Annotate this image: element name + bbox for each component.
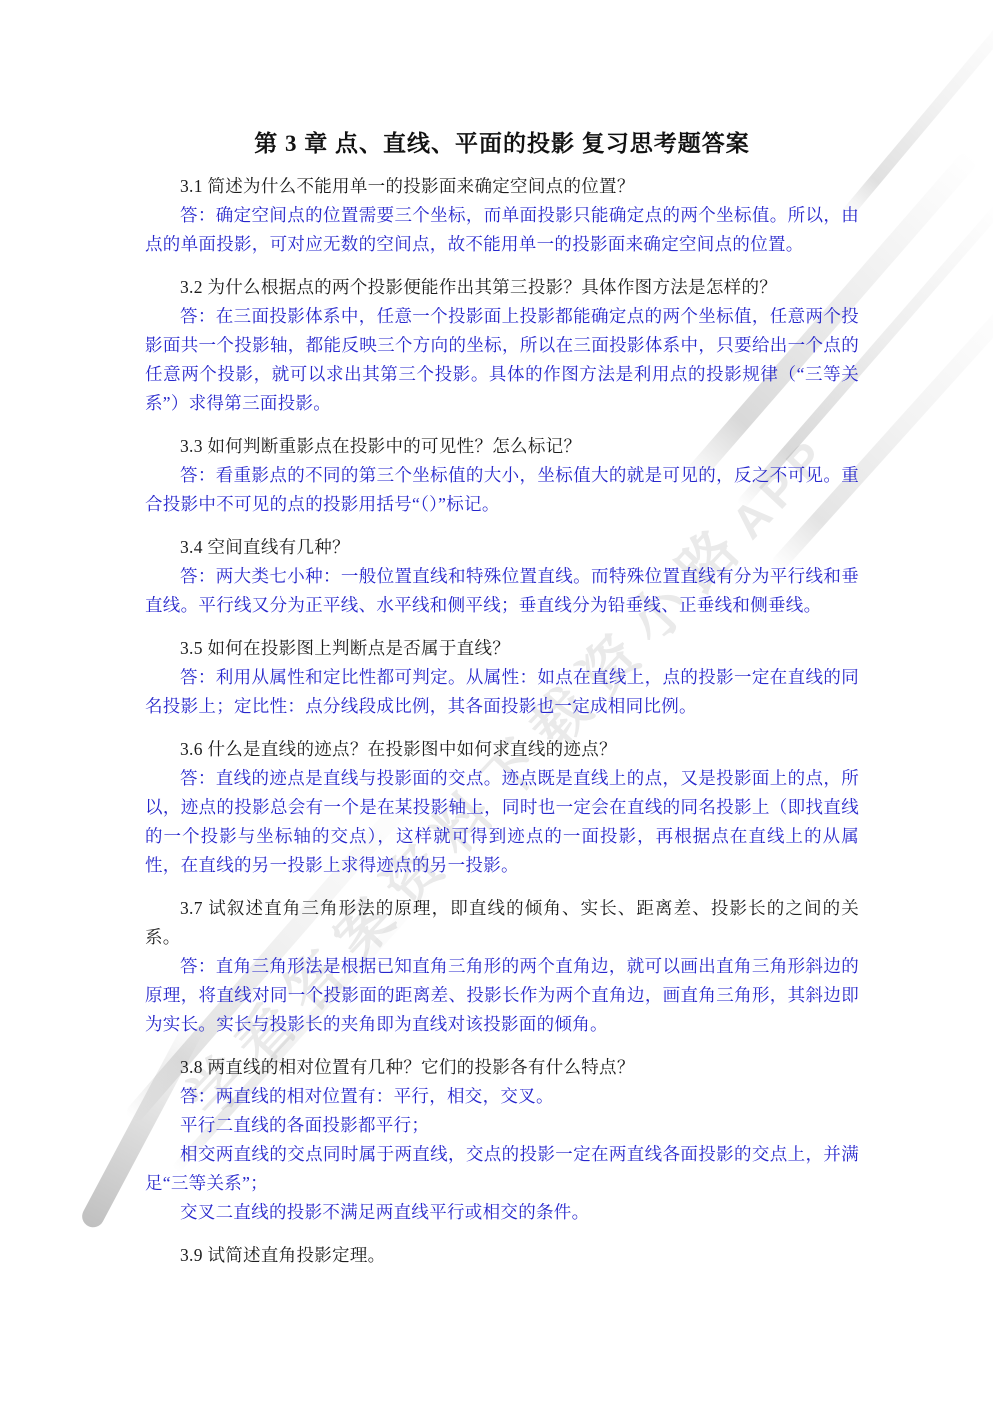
document-content: 第 3 章 点、直线、平面的投影 复习思考题答案 3.1 简述为什么不能用单一的…	[145, 128, 859, 1270]
qa-block-3.4: 3.4 空间直线有几种？答：两大类七小种：一般位置直线和特殊位置直线。而特殊位置…	[145, 533, 859, 620]
watermark-streak	[840, 13, 993, 220]
question-text-3.2: 3.2 为什么根据点的两个投影便能作出其第三投影？具体作图方法是怎样的？	[145, 273, 859, 302]
qa-block-3.2: 3.2 为什么根据点的两个投影便能作出其第三投影？具体作图方法是怎样的？答：在三…	[145, 273, 859, 418]
page-title: 第 3 章 点、直线、平面的投影 复习思考题答案	[145, 128, 859, 159]
question-text-3.4: 3.4 空间直线有几种？	[145, 533, 859, 562]
question-text-3.7: 3.7 试叙述直角三角形法的原理，即直线的倾角、实长、距离差、投影长的之间的关系…	[145, 894, 859, 952]
answer-paragraph-3.8-2: 平行二直线的各面投影都平行；	[145, 1111, 859, 1140]
answer-paragraph-3.5-1: 答：利用从属性和定比性都可判定。从属性：如点在直线上，点的投影一定在直线的同名投…	[145, 663, 859, 721]
question-text-3.1: 3.1 简述为什么不能用单一的投影面来确定空间点的位置？	[145, 172, 859, 201]
question-text-3.9: 3.9 试简述直角投影定理。	[145, 1241, 859, 1270]
qa-block-3.9: 3.9 试简述直角投影定理。	[145, 1241, 859, 1270]
qa-block-3.6: 3.6 什么是直线的迹点？在投影图中如何求直线的迹点？答：直线的迹点是直线与投影…	[145, 735, 859, 880]
document-page: 学看答案资料下载资小路APP 第 3 章 点、直线、平面的投影 复习思考题答案 …	[0, 0, 993, 1404]
qa-list: 3.1 简述为什么不能用单一的投影面来确定空间点的位置？答：确定空间点的位置需要…	[145, 172, 859, 1270]
answer-paragraph-3.8-3: 相交两直线的交点同时属于两直线，交点的投影一定在两直线各面投影的交点上，并满足“…	[145, 1140, 859, 1198]
question-text-3.5: 3.5 如何在投影图上判断点是否属于直线？	[145, 634, 859, 663]
question-text-3.6: 3.6 什么是直线的迹点？在投影图中如何求直线的迹点？	[145, 735, 859, 764]
question-text-3.8: 3.8 两直线的相对位置有几种？它们的投影各有什么特点？	[145, 1053, 859, 1082]
qa-block-3.7: 3.7 试叙述直角三角形法的原理，即直线的倾角、实长、距离差、投影长的之间的关系…	[145, 894, 859, 1039]
qa-block-3.5: 3.5 如何在投影图上判断点是否属于直线？答：利用从属性和定比性都可判定。从属性…	[145, 634, 859, 721]
answer-paragraph-3.4-1: 答：两大类七小种：一般位置直线和特殊位置直线。而特殊位置直线有分为平行线和垂直线…	[145, 562, 859, 620]
answer-paragraph-3.8-1: 答：两直线的相对位置有：平行，相交，交叉。	[145, 1082, 859, 1111]
answer-paragraph-3.3-1: 答：看重影点的不同的第三个坐标值的大小，坐标值大的就是可见的，反之不可见。重合投…	[145, 461, 859, 519]
answer-paragraph-3.6-1: 答：直线的迹点是直线与投影面的交点。迹点既是直线上的点，又是投影面上的点，所以，…	[145, 764, 859, 880]
qa-block-3.1: 3.1 简述为什么不能用单一的投影面来确定空间点的位置？答：确定空间点的位置需要…	[145, 172, 859, 259]
qa-block-3.3: 3.3 如何判断重影点在投影中的可见性？怎么标记？答：看重影点的不同的第三个坐标…	[145, 432, 859, 519]
question-text-3.3: 3.3 如何判断重影点在投影中的可见性？怎么标记？	[145, 432, 859, 461]
answer-paragraph-3.7-1: 答：直角三角形法是根据已知直角三角形的两个直角边，就可以画出直角三角形斜边的原理…	[145, 952, 859, 1039]
answer-paragraph-3.1-1: 答：确定空间点的位置需要三个坐标，而单面投影只能确定点的两个坐标值。所以，由点的…	[145, 201, 859, 259]
answer-paragraph-3.2-1: 答：在三面投影体系中，任意一个投影面上投影都能确定点的两个坐标值，任意两个投影面…	[145, 302, 859, 418]
qa-block-3.8: 3.8 两直线的相对位置有几种？它们的投影各有什么特点？答：两直线的相对位置有：…	[145, 1053, 859, 1227]
answer-paragraph-3.8-4: 交叉二直线的投影不满足两直线平行或相交的条件。	[145, 1198, 859, 1227]
